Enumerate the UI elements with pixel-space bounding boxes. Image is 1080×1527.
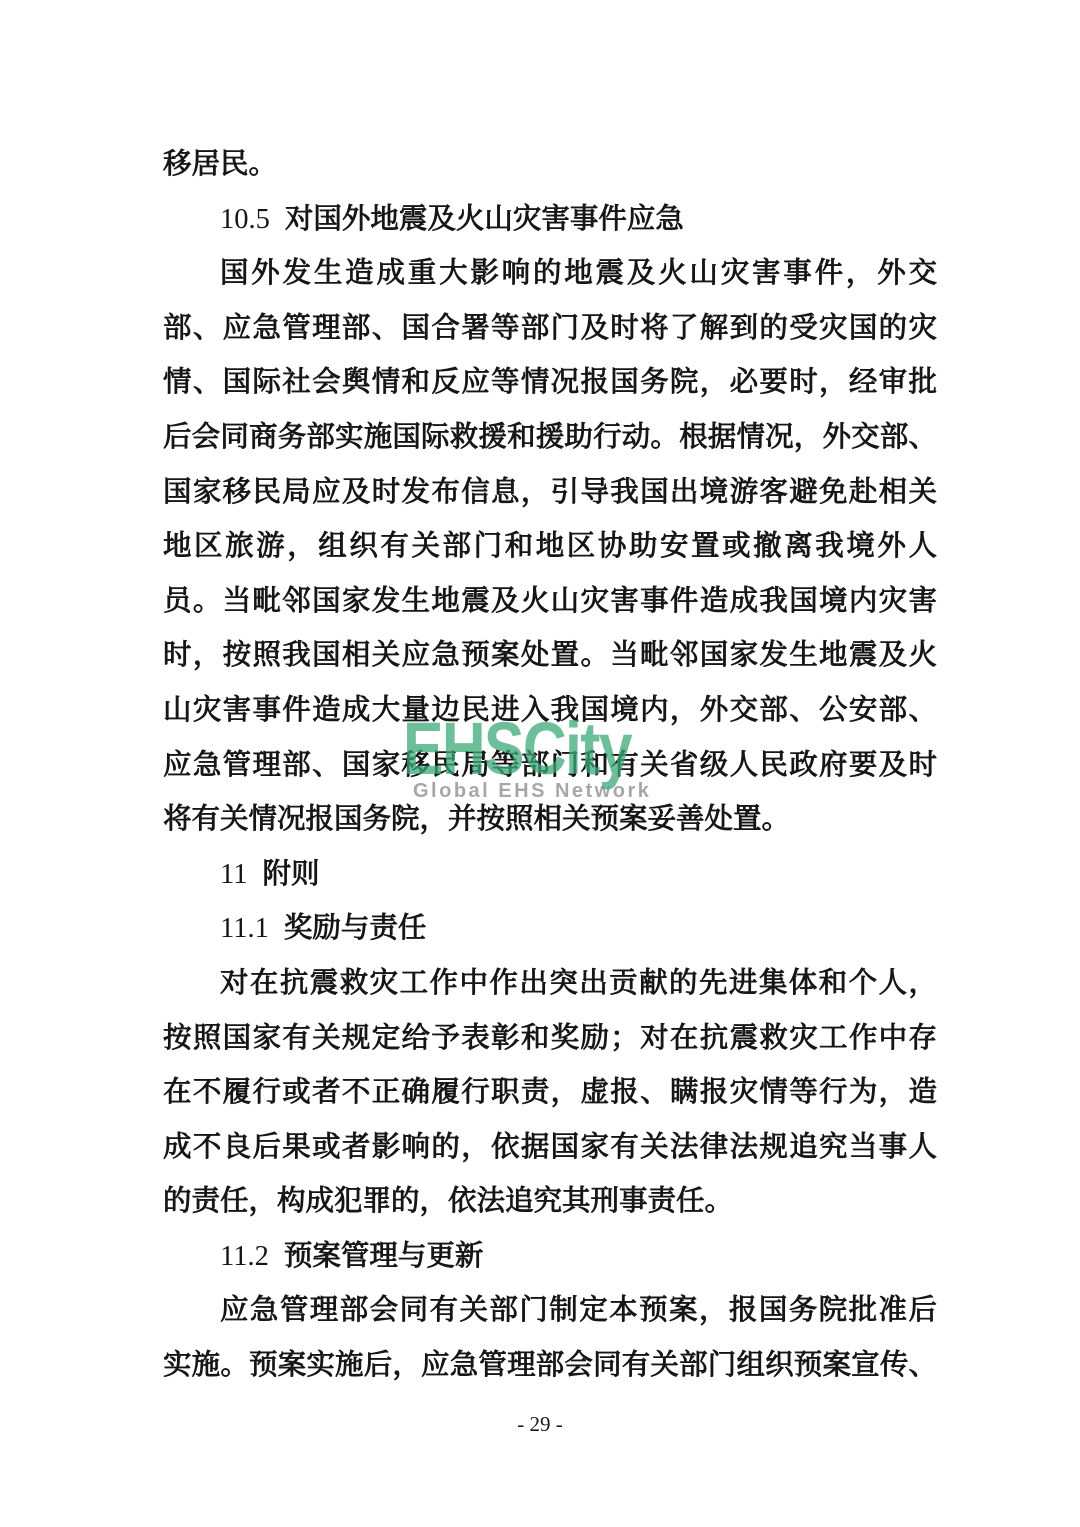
document-page: 移居民。10.5对国外地震及火山灾害事件应急国外发生造成重大影响的地震及火山灾害… [0, 0, 1080, 1527]
line-text: 应急管理部、国家移民局等部门和有关省级人民政府要及时 [163, 749, 937, 781]
section-number: 11 [220, 859, 247, 890]
text-line: 的责任，构成犯罪的，依法追究其刑事责任。 [163, 1174, 937, 1229]
line-text: 按照国家有关规定给予表彰和奖励；对在抗震救灾工作中存 [163, 1022, 937, 1054]
text-line: 国外发生造成重大影响的地震及火山灾害事件，外交 [163, 246, 937, 301]
text-line: 时，按照我国相关应急预案处置。当毗邻国家发生地震及火 [163, 628, 937, 683]
section-number: 11.2 [220, 1241, 269, 1272]
section-heading-line: 10.5对国外地震及火山灾害事件应急 [163, 192, 937, 247]
line-text: 国家移民局应及时发布信息，引导我国出境游客避免赴相关 [163, 476, 937, 508]
line-text: 附则 [262, 858, 319, 890]
line-text: 部、应急管理部、国合署等部门及时将了解到的受灾国的灾 [163, 312, 937, 344]
line-text: 国外发生造成重大影响的地震及火山灾害事件，外交 [220, 257, 937, 289]
line-text: 成不良后果或者影响的，依据国家有关法律法规追究当事人 [163, 1131, 937, 1163]
text-line: 情、国际社会舆情和反应等情况报国务院，必要时，经审批 [163, 355, 937, 410]
text-line: 山灾害事件造成大量边民进入我国境内，外交部、公安部、 [163, 683, 937, 738]
text-line: 国家移民局应及时发布信息，引导我国出境游客避免赴相关 [163, 465, 937, 520]
text-line: 应急管理部会同有关部门制定本预案，报国务院批准后 [163, 1283, 937, 1338]
text-line: 对在抗震救灾工作中作出突出贡献的先进集体和个人， [163, 956, 937, 1011]
text-line: 移居民。 [163, 137, 937, 192]
text-line: 应急管理部、国家移民局等部门和有关省级人民政府要及时 [163, 738, 937, 793]
line-text: 时，按照我国相关应急预案处置。当毗邻国家发生地震及火 [163, 639, 937, 671]
line-text: 员。当毗邻国家发生地震及火山灾害事件造成我国境内灾害 [163, 585, 937, 617]
text-line: 实施。预案实施后，应急管理部会同有关部门组织预案宣传、 [163, 1338, 937, 1393]
text-line: 按照国家有关规定给予表彰和奖励；对在抗震救灾工作中存 [163, 1011, 937, 1066]
text-line: 在不履行或者不正确履行职责，虚报、瞒报灾情等行为，造 [163, 1065, 937, 1120]
section-heading-line: 11.2预案管理与更新 [163, 1229, 937, 1284]
section-heading-line: 11附则 [163, 847, 937, 902]
line-text: 预案管理与更新 [284, 1240, 484, 1272]
line-text: 对国外地震及火山灾害事件应急 [285, 203, 684, 235]
text-line: 员。当毗邻国家发生地震及火山灾害事件造成我国境内灾害 [163, 574, 937, 629]
line-text: 实施。预案实施后，应急管理部会同有关部门组织预案宣传、 [163, 1349, 937, 1381]
line-text: 将有关情况报国务院，并按照相关预案妥善处置。 [163, 803, 790, 835]
page-number: - 29 - [0, 1412, 1080, 1437]
line-text: 移居民。 [163, 148, 277, 180]
line-text: 奖励与责任 [284, 912, 427, 944]
text-line: 地区旅游，组织有关部门和地区协助安置或撤离我境外人 [163, 519, 937, 574]
line-text: 山灾害事件造成大量边民进入我国境内，外交部、公安部、 [163, 694, 937, 726]
text-line: 成不良后果或者影响的，依据国家有关法律法规追究当事人 [163, 1120, 937, 1175]
section-number: 10.5 [220, 204, 270, 235]
line-text: 后会同商务部实施国际救援和援助行动。根据情况，外交部、 [163, 421, 937, 453]
line-text: 对在抗震救灾工作中作出突出贡献的先进集体和个人， [220, 967, 937, 999]
section-number: 11.1 [220, 913, 269, 944]
line-text: 地区旅游，组织有关部门和地区协助安置或撤离我境外人 [163, 530, 937, 562]
line-text: 在不履行或者不正确履行职责，虚报、瞒报灾情等行为，造 [163, 1076, 937, 1108]
line-text: 情、国际社会舆情和反应等情况报国务院，必要时，经审批 [163, 366, 937, 398]
text-line: 将有关情况报国务院，并按照相关预案妥善处置。 [163, 792, 937, 847]
document-body: 移居民。10.5对国外地震及火山灾害事件应急国外发生造成重大影响的地震及火山灾害… [163, 137, 937, 1393]
text-line: 后会同商务部实施国际救援和援助行动。根据情况，外交部、 [163, 410, 937, 465]
section-heading-line: 11.1奖励与责任 [163, 901, 937, 956]
text-line: 部、应急管理部、国合署等部门及时将了解到的受灾国的灾 [163, 301, 937, 356]
line-text: 应急管理部会同有关部门制定本预案，报国务院批准后 [220, 1294, 937, 1326]
line-text: 的责任，构成犯罪的，依法追究其刑事责任。 [163, 1185, 733, 1217]
